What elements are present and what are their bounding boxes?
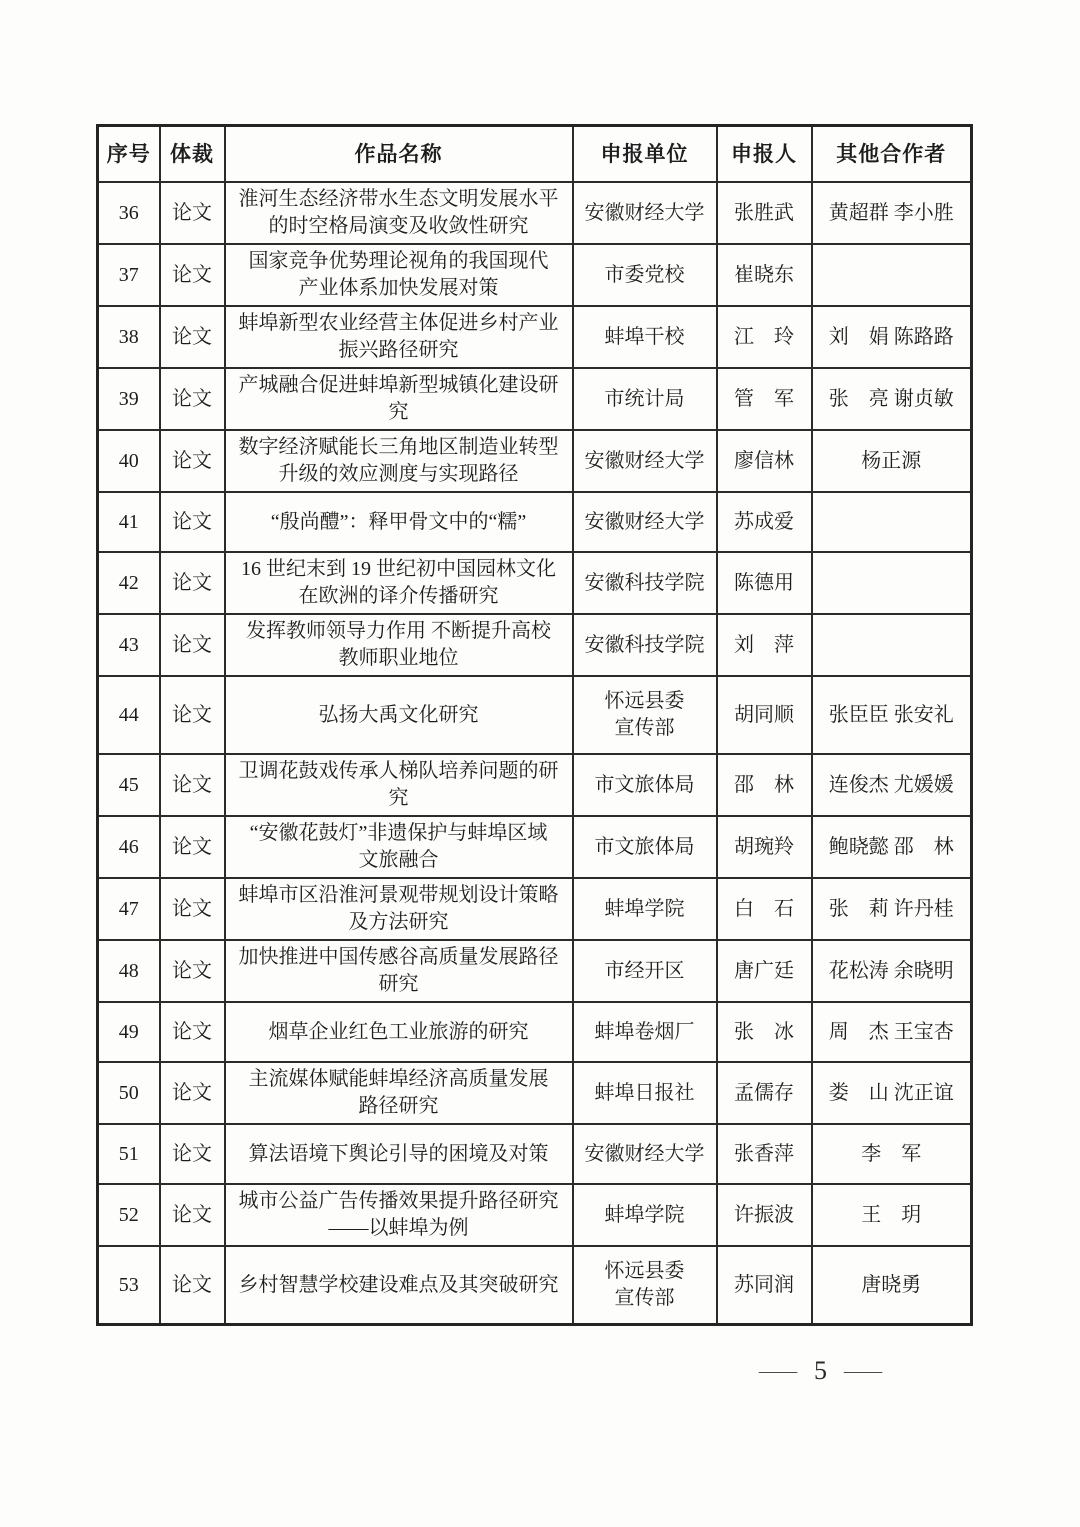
cell-collaborators: 张 莉 许丹桂 (812, 878, 972, 940)
cell-no: 52 (98, 1184, 160, 1246)
cell-title: 16 世纪末到 19 世纪初中国园林文化 在欧洲的译介传播研究 (225, 552, 573, 614)
table-row: 48论文加快推进中国传感谷高质量发展路径 研究市经开区唐广廷花松涛 余晓明 (98, 940, 972, 1002)
cell-applicant: 管 军 (717, 368, 812, 430)
cell-unit: 安徽科技学院 (573, 552, 717, 614)
cell-title: 国家竞争优势理论视角的我国现代 产业体系加快发展对策 (225, 244, 573, 306)
table-header-row: 序号体裁作品名称申报单位申报人其他合作者 (98, 126, 972, 183)
cell-unit: 安徽科技学院 (573, 614, 717, 676)
table-row: 41论文“殷尚醴”：释甲骨文中的“糯”安徽财经大学苏成爱 (98, 492, 972, 552)
cell-collaborators: 刘 娟 陈路路 (812, 306, 972, 368)
cell-unit: 市委党校 (573, 244, 717, 306)
cell-genre: 论文 (160, 492, 225, 552)
cell-title: 淮河生态经济带水生态文明发展水平 的时空格局演变及收敛性研究 (225, 182, 573, 244)
cell-title: 烟草企业红色工业旅游的研究 (225, 1002, 573, 1062)
cell-no: 50 (98, 1062, 160, 1124)
cell-genre: 论文 (160, 306, 225, 368)
cell-title: 蚌埠新型农业经营主体促进乡村产业 振兴路径研究 (225, 306, 573, 368)
cell-title: 算法语境下舆论引导的困境及对策 (225, 1124, 573, 1184)
cell-unit: 蚌埠卷烟厂 (573, 1002, 717, 1062)
cell-genre: 论文 (160, 430, 225, 492)
header-cell-no: 序号 (98, 126, 160, 183)
cell-unit: 安徽财经大学 (573, 430, 717, 492)
cell-collaborators: 张臣臣 张安礼 (812, 676, 972, 754)
table-body: 36论文淮河生态经济带水生态文明发展水平 的时空格局演变及收敛性研究安徽财经大学… (98, 182, 972, 1325)
cell-genre: 论文 (160, 1184, 225, 1246)
cell-genre: 论文 (160, 244, 225, 306)
cell-collaborators: 娄 山 沈正谊 (812, 1062, 972, 1124)
table-row: 42论文16 世纪末到 19 世纪初中国园林文化 在欧洲的译介传播研究安徽科技学… (98, 552, 972, 614)
table-row: 52论文城市公益广告传播效果提升路径研究 ——以蚌埠为例蚌埠学院许振波王 玥 (98, 1184, 972, 1246)
cell-no: 40 (98, 430, 160, 492)
cell-no: 38 (98, 306, 160, 368)
table-row: 49论文烟草企业红色工业旅游的研究蚌埠卷烟厂张 冰周 杰 王宝杏 (98, 1002, 972, 1062)
cell-applicant: 江 玲 (717, 306, 812, 368)
cell-no: 48 (98, 940, 160, 1002)
cell-genre: 论文 (160, 614, 225, 676)
table-head: 序号体裁作品名称申报单位申报人其他合作者 (98, 126, 972, 183)
cell-collaborators: 王 玥 (812, 1184, 972, 1246)
cell-applicant: 刘 萍 (717, 614, 812, 676)
cell-genre: 论文 (160, 182, 225, 244)
cell-unit: 蚌埠干校 (573, 306, 717, 368)
cell-collaborators (812, 552, 972, 614)
cell-genre: 论文 (160, 878, 225, 940)
table-row: 39论文产城融合促进蚌埠新型城镇化建设研究市统计局管 军张 亮 谢贞敏 (98, 368, 972, 430)
cell-no: 42 (98, 552, 160, 614)
cell-unit: 怀远县委 宣传部 (573, 676, 717, 754)
header-cell-unit: 申报单位 (573, 126, 717, 183)
cell-collaborators: 李 军 (812, 1124, 972, 1184)
cell-no: 51 (98, 1124, 160, 1184)
cell-genre: 论文 (160, 1246, 225, 1325)
cell-unit: 怀远县委 宣传部 (573, 1246, 717, 1325)
cell-title: 主流媒体赋能蚌埠经济高质量发展 路径研究 (225, 1062, 573, 1124)
scanned-document-page: 序号体裁作品名称申报单位申报人其他合作者 36论文淮河生态经济带水生态文明发展水… (0, 0, 1080, 1527)
table-row: 43论文发挥教师领导力作用 不断提升高校 教师职业地位安徽科技学院刘 萍 (98, 614, 972, 676)
page-number: 5 (814, 1356, 827, 1386)
page-footer: — 5 — (768, 1356, 873, 1386)
cell-applicant: 许振波 (717, 1184, 812, 1246)
header-cell-genre: 体裁 (160, 126, 225, 183)
cell-no: 44 (98, 676, 160, 754)
cell-unit: 市文旅体局 (573, 816, 717, 878)
table-row: 51论文算法语境下舆论引导的困境及对策安徽财经大学张香萍李 军 (98, 1124, 972, 1184)
cell-unit: 市经开区 (573, 940, 717, 1002)
table-row: 45论文卫调花鼓戏传承人梯队培养问题的研究市文旅体局邵 林连俊杰 尤媛媛 (98, 754, 972, 816)
cell-title: 乡村智慧学校建设难点及其突破研究 (225, 1246, 573, 1325)
cell-applicant: 苏同润 (717, 1246, 812, 1325)
cell-unit: 市统计局 (573, 368, 717, 430)
cell-title: 蚌埠市区沿淮河景观带规划设计策略 及方法研究 (225, 878, 573, 940)
cell-title: 城市公益广告传播效果提升路径研究 ——以蚌埠为例 (225, 1184, 573, 1246)
table-row: 44论文弘扬大禹文化研究怀远县委 宣传部胡同顺张臣臣 张安礼 (98, 676, 972, 754)
cell-collaborators: 张 亮 谢贞敏 (812, 368, 972, 430)
cell-applicant: 唐广廷 (717, 940, 812, 1002)
cell-title: 卫调花鼓戏传承人梯队培养问题的研究 (225, 754, 573, 816)
table-row: 46论文“安徽花鼓灯”非遗保护与蚌埠区域 文旅融合市文旅体局胡琬羚鲍晓懿 邵 林 (98, 816, 972, 878)
cell-genre: 论文 (160, 676, 225, 754)
cell-applicant: 陈德用 (717, 552, 812, 614)
cell-genre: 论文 (160, 368, 225, 430)
submissions-table: 序号体裁作品名称申报单位申报人其他合作者 36论文淮河生态经济带水生态文明发展水… (96, 124, 973, 1326)
cell-applicant: 孟儒存 (717, 1062, 812, 1124)
footer-dash-right: — (844, 1360, 882, 1383)
cell-unit: 蚌埠学院 (573, 878, 717, 940)
cell-unit: 蚌埠日报社 (573, 1062, 717, 1124)
header-cell-collaborators: 其他合作者 (812, 126, 972, 183)
cell-collaborators (812, 614, 972, 676)
cell-collaborators: 连俊杰 尤媛媛 (812, 754, 972, 816)
cell-unit: 安徽财经大学 (573, 492, 717, 552)
cell-genre: 论文 (160, 816, 225, 878)
cell-collaborators: 周 杰 王宝杏 (812, 1002, 972, 1062)
cell-title: 弘扬大禹文化研究 (225, 676, 573, 754)
cell-genre: 论文 (160, 940, 225, 1002)
cell-no: 43 (98, 614, 160, 676)
cell-collaborators: 黄超群 李小胜 (812, 182, 972, 244)
cell-unit: 市文旅体局 (573, 754, 717, 816)
cell-no: 46 (98, 816, 160, 878)
cell-title: “安徽花鼓灯”非遗保护与蚌埠区域 文旅融合 (225, 816, 573, 878)
cell-no: 45 (98, 754, 160, 816)
table-row: 40论文数字经济赋能长三角地区制造业转型 升级的效应测度与实现路径安徽财经大学廖… (98, 430, 972, 492)
cell-applicant: 邵 林 (717, 754, 812, 816)
cell-collaborators: 花松涛 余晓明 (812, 940, 972, 1002)
cell-no: 36 (98, 182, 160, 244)
cell-applicant: 廖信林 (717, 430, 812, 492)
table-row: 50论文主流媒体赋能蚌埠经济高质量发展 路径研究蚌埠日报社孟儒存娄 山 沈正谊 (98, 1062, 972, 1124)
cell-no: 37 (98, 244, 160, 306)
table-row: 36论文淮河生态经济带水生态文明发展水平 的时空格局演变及收敛性研究安徽财经大学… (98, 182, 972, 244)
cell-title: “殷尚醴”：释甲骨文中的“糯” (225, 492, 573, 552)
cell-unit: 安徽财经大学 (573, 182, 717, 244)
cell-applicant: 崔晓东 (717, 244, 812, 306)
cell-applicant: 胡琬羚 (717, 816, 812, 878)
cell-applicant: 苏成爱 (717, 492, 812, 552)
cell-title: 发挥教师领导力作用 不断提升高校 教师职业地位 (225, 614, 573, 676)
cell-applicant: 张香萍 (717, 1124, 812, 1184)
cell-collaborators: 鲍晓懿 邵 林 (812, 816, 972, 878)
cell-genre: 论文 (160, 1002, 225, 1062)
cell-unit: 蚌埠学院 (573, 1184, 717, 1246)
cell-no: 53 (98, 1246, 160, 1325)
cell-collaborators (812, 244, 972, 306)
cell-title: 数字经济赋能长三角地区制造业转型 升级的效应测度与实现路径 (225, 430, 573, 492)
cell-applicant: 白 石 (717, 878, 812, 940)
cell-collaborators: 唐晓勇 (812, 1246, 972, 1325)
cell-genre: 论文 (160, 552, 225, 614)
cell-applicant: 张胜武 (717, 182, 812, 244)
cell-unit: 安徽财经大学 (573, 1124, 717, 1184)
table-row: 47论文蚌埠市区沿淮河景观带规划设计策略 及方法研究蚌埠学院白 石张 莉 许丹桂 (98, 878, 972, 940)
footer-dash-left: — (759, 1360, 797, 1383)
cell-title: 产城融合促进蚌埠新型城镇化建设研究 (225, 368, 573, 430)
cell-genre: 论文 (160, 1062, 225, 1124)
cell-no: 47 (98, 878, 160, 940)
cell-no: 49 (98, 1002, 160, 1062)
cell-collaborators: 杨正源 (812, 430, 972, 492)
table-row: 37论文国家竞争优势理论视角的我国现代 产业体系加快发展对策市委党校崔晓东 (98, 244, 972, 306)
cell-applicant: 张 冰 (717, 1002, 812, 1062)
cell-applicant: 胡同顺 (717, 676, 812, 754)
cell-no: 41 (98, 492, 160, 552)
table-row: 38论文蚌埠新型农业经营主体促进乡村产业 振兴路径研究蚌埠干校江 玲刘 娟 陈路… (98, 306, 972, 368)
header-cell-applicant: 申报人 (717, 126, 812, 183)
header-cell-title: 作品名称 (225, 126, 573, 183)
cell-title: 加快推进中国传感谷高质量发展路径 研究 (225, 940, 573, 1002)
table-row: 53论文乡村智慧学校建设难点及其突破研究怀远县委 宣传部苏同润唐晓勇 (98, 1246, 972, 1325)
cell-collaborators (812, 492, 972, 552)
cell-genre: 论文 (160, 754, 225, 816)
cell-no: 39 (98, 368, 160, 430)
cell-genre: 论文 (160, 1124, 225, 1184)
